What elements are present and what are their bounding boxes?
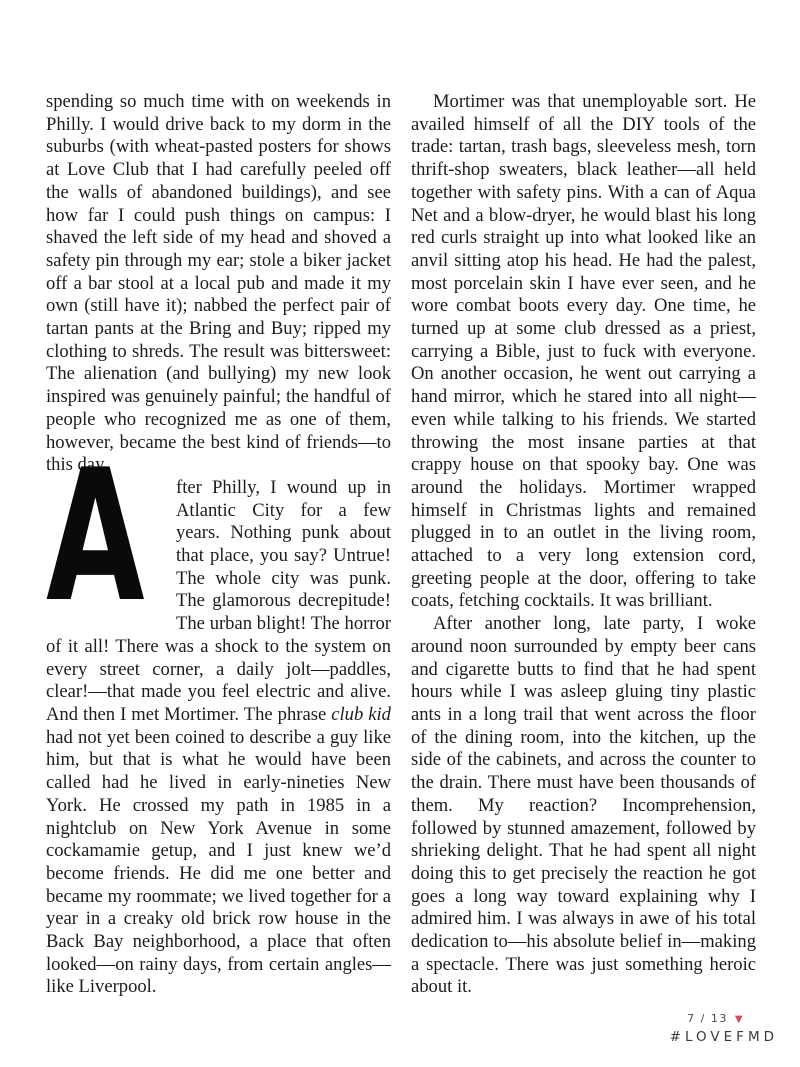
brand-watermark: #LOVEFMD bbox=[670, 1029, 778, 1045]
right-column: Mortimer was that unemployable sort. He … bbox=[411, 91, 756, 999]
down-triangle-icon: ▼ bbox=[735, 1014, 743, 1025]
paragraph-with-dropcap: A fter Philly, I wound up in Atlantic Ci… bbox=[46, 477, 391, 999]
left-column: spending so much time with on weekends i… bbox=[46, 91, 391, 999]
page-footer: 7 / 13▼ #LOVEFMD bbox=[670, 1012, 778, 1045]
page-indicator: 7 / 13 bbox=[687, 1012, 728, 1025]
drop-cap-letter: A bbox=[46, 480, 115, 592]
paragraph: After another long, late party, I woke a… bbox=[411, 613, 756, 999]
page-indicator-row: 7 / 13▼ bbox=[670, 1012, 778, 1025]
magazine-page: spending so much time with on weekends i… bbox=[0, 0, 800, 1067]
paragraph-continuation: spending so much time with on weekends i… bbox=[46, 91, 391, 477]
drop-cap: A bbox=[46, 480, 145, 614]
paragraph: Mortimer was that unemployable sort. He … bbox=[411, 91, 756, 613]
